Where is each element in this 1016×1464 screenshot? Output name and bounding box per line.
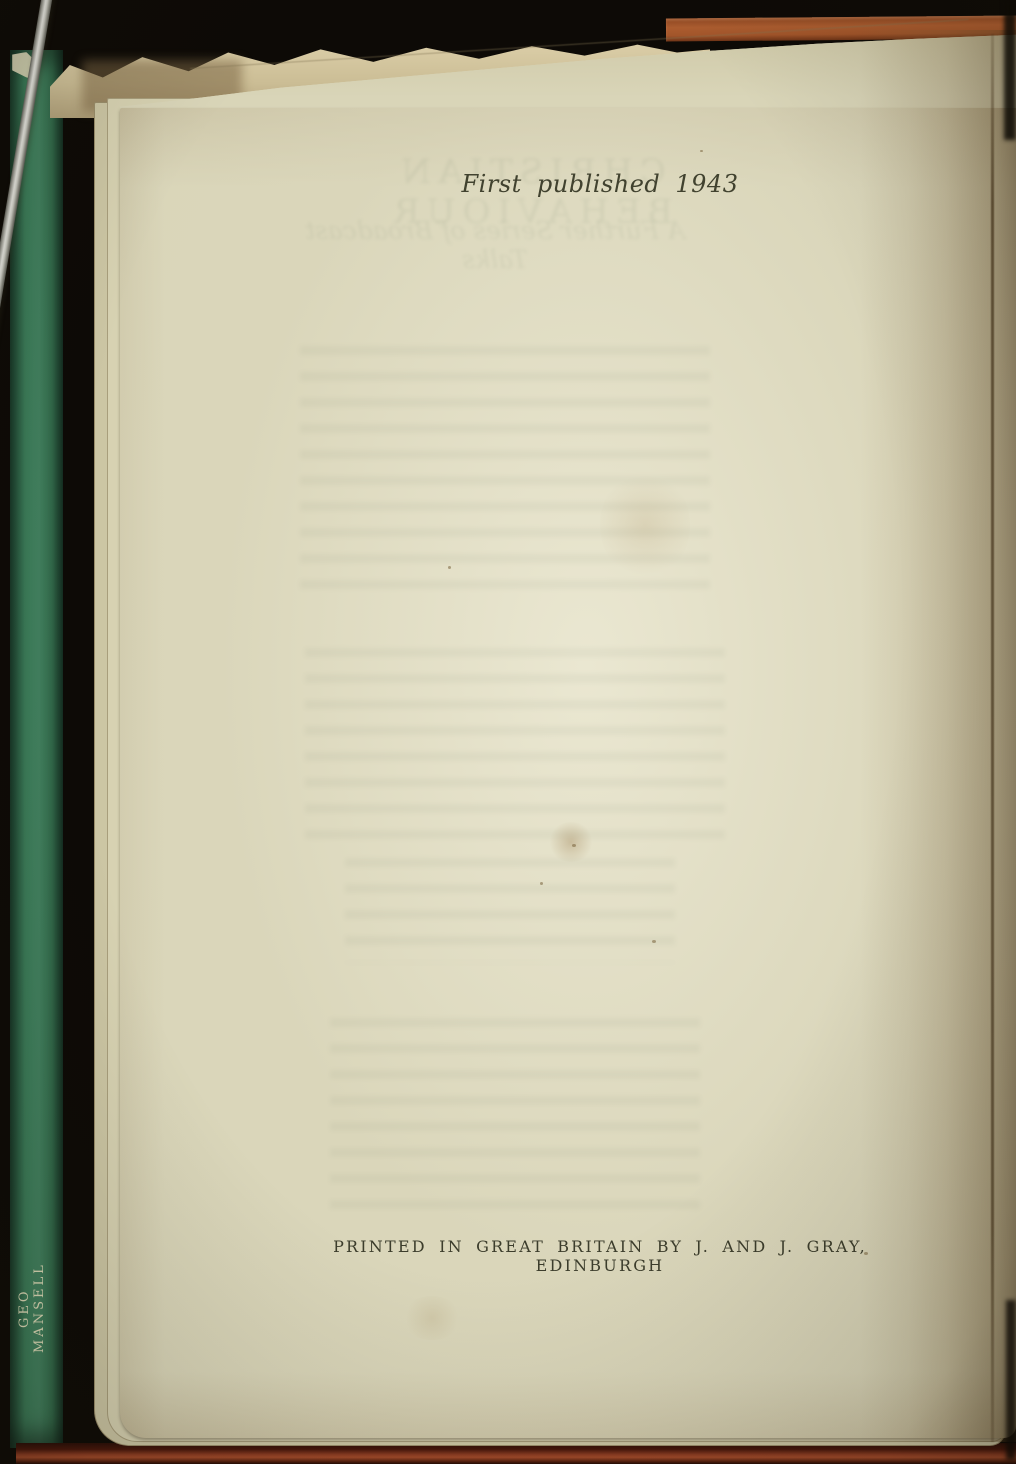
cover-bottom-edge	[16, 1443, 1016, 1464]
paper-speck	[572, 844, 576, 847]
show-through-text-block	[300, 346, 710, 596]
printer-imprint: PRINTED IN GREAT BRITAIN BY J. AND J. GR…	[285, 1237, 915, 1275]
gutter-crease-line	[991, 34, 994, 1442]
book-spine	[10, 50, 63, 1448]
paper-speck	[540, 882, 543, 885]
book-photo: GEO MANSELL CHRISTIAN BEHAVIOUR A Furthe…	[0, 0, 1016, 1464]
spine-label: GEO MANSELL	[17, 1243, 41, 1373]
photo-dark-edge	[1006, 1300, 1016, 1460]
paper-speck	[652, 940, 656, 943]
photo-dark-edge	[1004, 0, 1016, 140]
paper-speck	[448, 566, 451, 569]
edition-note: First published 1943	[450, 170, 750, 198]
paper-speck	[700, 150, 703, 152]
paper-speck	[864, 1252, 868, 1255]
show-through-text-block	[305, 648, 725, 843]
show-through-text-block	[330, 1018, 700, 1213]
show-through-text-block	[345, 858, 675, 963]
